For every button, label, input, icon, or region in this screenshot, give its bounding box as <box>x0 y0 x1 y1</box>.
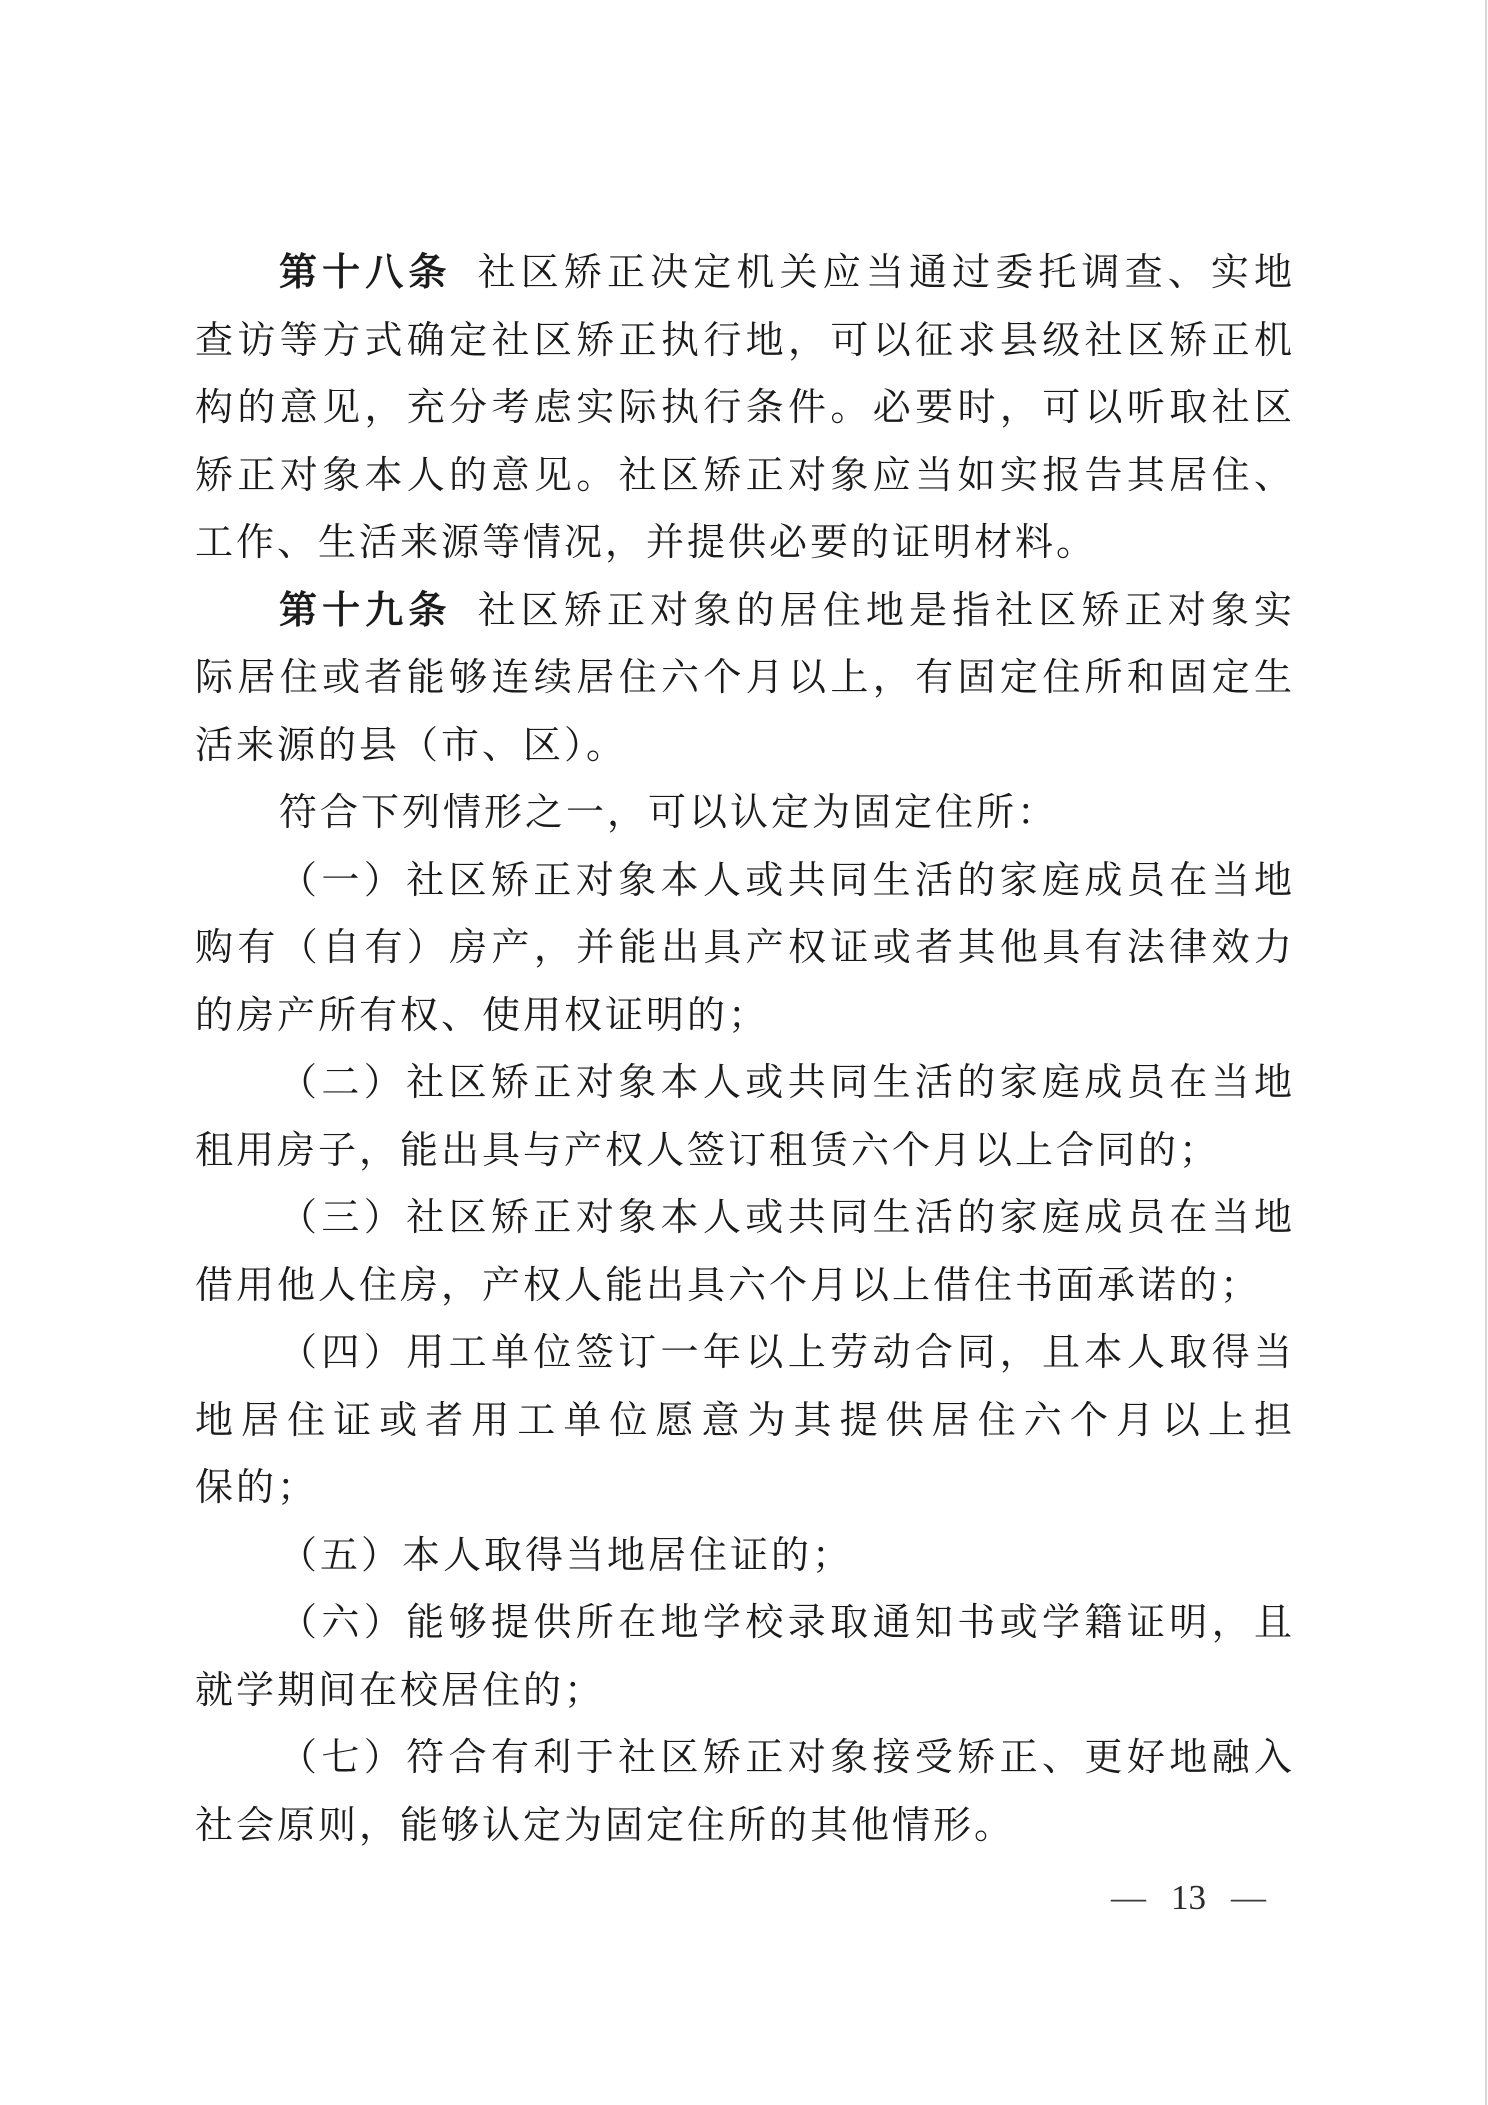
text-line: 的房产所有权、使用权证明的； <box>195 983 1295 1051</box>
text-line: 第十八条社区矫正决定机关应当通过委托调查、实地 <box>195 240 1295 308</box>
scan-edge-artifact <box>1485 0 1487 2105</box>
article-number: 第十九条 <box>279 590 452 632</box>
line-text: （七）符合有利于社区矫正对象接受矫正、更好地融入 <box>279 1737 1295 1779</box>
text-line: 构的意见，充分考虑实际执行条件。必要时，可以听取社区 <box>195 375 1295 443</box>
document-body: 第十八条社区矫正决定机关应当通过委托调查、实地 查访等方式确定社区矫正执行地，可… <box>195 240 1295 1860</box>
text-line: 租用房子，能出具与产权人签订租赁六个月以上合同的； <box>195 1118 1295 1186</box>
text-line: 工作、生活来源等情况，并提供必要的证明材料。 <box>195 510 1295 578</box>
article-number: 第十八条 <box>279 252 452 294</box>
line-text: （四）用工单位签订一年以上劳动合同，且本人取得当 <box>279 1332 1295 1374</box>
text-line: 矫正对象本人的意见。社区矫正对象应当如实报告其居住、 <box>195 443 1295 511</box>
text-line: （七）符合有利于社区矫正对象接受矫正、更好地融入 <box>195 1725 1295 1793</box>
text-line: 际居住或者能够连续居住六个月以上，有固定住所和固定生 <box>195 645 1295 713</box>
document-page: 第十八条社区矫正决定机关应当通过委托调查、实地 查访等方式确定社区矫正执行地，可… <box>0 0 1488 2105</box>
text-line: （一）社区矫正对象本人或共同生活的家庭成员在当地 <box>195 848 1295 916</box>
text-line: （五）本人取得当地居住证的； <box>195 1523 1295 1591</box>
text-line: （二）社区矫正对象本人或共同生活的家庭成员在当地 <box>195 1050 1295 1118</box>
text-line: 查访等方式确定社区矫正执行地，可以征求县级社区矫正机 <box>195 308 1295 376</box>
line-text: 地居住证或者用工单位愿意为其提供居住六个月以上担 <box>195 1400 1295 1442</box>
text-line: （四）用工单位签订一年以上劳动合同，且本人取得当 <box>195 1320 1295 1388</box>
line-text: （六）能够提供所在地学校录取通知书或学籍证明，且 <box>279 1602 1295 1644</box>
line-text: 社区矫正决定机关应当通过委托调查、实地 <box>476 252 1295 294</box>
line-text: 际居住或者能够连续居住六个月以上，有固定住所和固定生 <box>195 657 1295 699</box>
line-text: 购有（自有）房产，并能出具产权证或者其他具有法律效力 <box>195 927 1295 969</box>
text-line: 第十九条社区矫正对象的居住地是指社区矫正对象实 <box>195 578 1295 646</box>
line-text: 就学期间在校居住的； <box>195 1670 605 1712</box>
text-line: 地居住证或者用工单位愿意为其提供居住六个月以上担 <box>195 1388 1295 1456</box>
text-line: 社会原则，能够认定为固定住所的其他情形。 <box>195 1793 1295 1861</box>
line-text: 租用房子，能出具与产权人签订租赁六个月以上合同的； <box>195 1130 1220 1172</box>
line-text: （三）社区矫正对象本人或共同生活的家庭成员在当地 <box>279 1197 1295 1239</box>
page-number: 13 <box>1159 1876 1218 1920</box>
line-text: 矫正对象本人的意见。社区矫正对象应当如实报告其居住、 <box>195 455 1295 497</box>
line-text: 社会原则，能够认定为固定住所的其他情形。 <box>195 1805 1015 1847</box>
text-line: 就学期间在校居住的； <box>195 1658 1295 1726</box>
footer-dash-right: — <box>1231 1876 1266 1920</box>
line-text: （二）社区矫正对象本人或共同生活的家庭成员在当地 <box>279 1062 1295 1104</box>
text-line: （三）社区矫正对象本人或共同生活的家庭成员在当地 <box>195 1185 1295 1253</box>
text-line: （六）能够提供所在地学校录取通知书或学籍证明，且 <box>195 1590 1295 1658</box>
line-text: 借用他人住房，产权人能出具六个月以上借住书面承诺的； <box>195 1265 1261 1307</box>
text-line: 活来源的县（市、区）。 <box>195 713 1295 781</box>
line-text: 的房产所有权、使用权证明的； <box>195 995 769 1037</box>
line-text: 构的意见，充分考虑实际执行条件。必要时，可以听取社区 <box>195 387 1295 429</box>
line-text: 社区矫正对象的居住地是指社区矫正对象实 <box>476 590 1295 632</box>
line-text: （一）社区矫正对象本人或共同生活的家庭成员在当地 <box>279 860 1295 902</box>
text-line: 保的； <box>195 1455 1295 1523</box>
text-line: 购有（自有）房产，并能出具产权证或者其他具有法律效力 <box>195 915 1295 983</box>
line-text: 保的； <box>195 1467 318 1509</box>
line-text: （五）本人取得当地居住证的； <box>279 1535 853 1577</box>
line-text: 活来源的县（市、区）。 <box>195 725 627 767</box>
footer-dash-left: — <box>1111 1876 1146 1920</box>
line-text: 符合下列情形之一，可以认定为固定住所： <box>279 792 1058 834</box>
line-text: 查访等方式确定社区矫正执行地，可以征求县级社区矫正机 <box>195 320 1295 362</box>
text-line: 借用他人住房，产权人能出具六个月以上借住书面承诺的； <box>195 1253 1295 1321</box>
text-line: 符合下列情形之一，可以认定为固定住所： <box>195 780 1295 848</box>
line-text: 工作、生活来源等情况，并提供必要的证明材料。 <box>195 522 1097 564</box>
page-footer: — 13 — <box>1098 1876 1279 1920</box>
